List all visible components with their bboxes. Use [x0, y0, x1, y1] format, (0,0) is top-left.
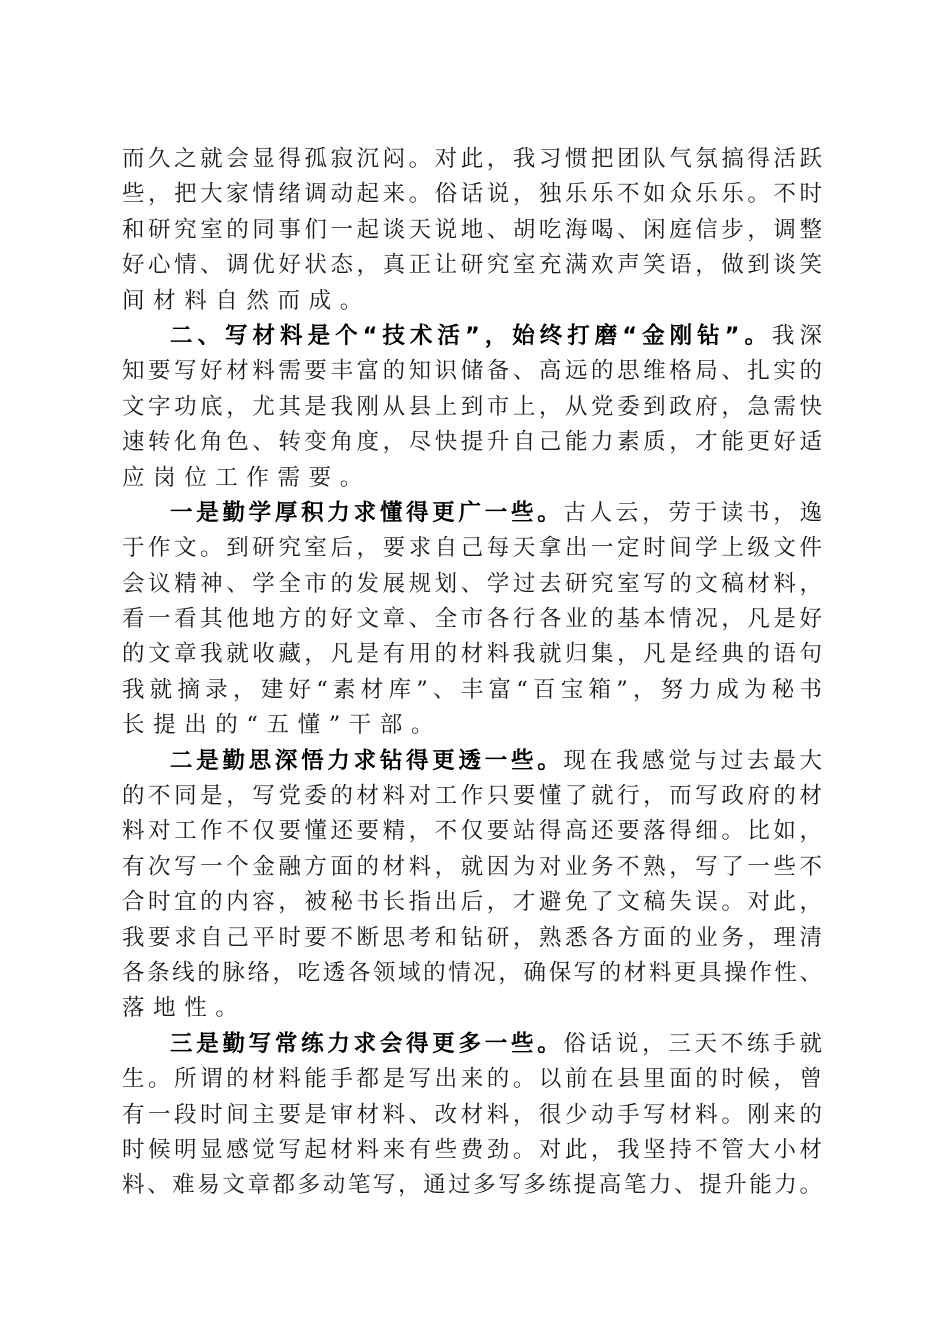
- text-line: 我就摘录，建好“素材库”、丰富“百宝箱”，努力成为秘书: [122, 673, 822, 708]
- line-text: 料对工作不仅要懂还要精，不仅要站得高还要落得细。比如，: [122, 818, 826, 844]
- text-line: 合时宜的内容，被秘书长指出后，才避免了文稿失误。对此，: [122, 885, 822, 920]
- text-line: 时候明显感觉写起材料来有些费劲。对此，我坚持不管大小材: [122, 1133, 822, 1168]
- line-text: 我深: [772, 323, 827, 349]
- text-line: 落地性。: [122, 991, 822, 1026]
- point-heading: 三是勤写常练力求会得更多一些。: [170, 1031, 563, 1057]
- line-text: 长提出的“五懂”干部。: [122, 712, 442, 738]
- paragraph-point-1: 一是勤学厚积力求懂得更广一些。古人云，劳于读书，逸 于作文。到研究室后，要求自己…: [122, 496, 822, 744]
- text-line: 有一段时间主要是审材料、改材料，很少动手写材料。刚来的: [122, 1098, 822, 1133]
- line-text: 现在我感觉与过去最大: [563, 748, 825, 774]
- document-page: 而久之就会显得孤寂沉闷。对此，我习惯把团队气氛搞得活跃 些，把大家情绪调动起来。…: [122, 142, 822, 1204]
- section-heading: 二、写材料是个“技术活”，始终打磨“金刚钻”。: [170, 323, 772, 349]
- line-text: 些，把大家情绪调动起来。俗话说，独乐乐不如众乐乐。不时: [122, 181, 826, 207]
- paragraph-section-2: 二、写材料是个“技术活”，始终打磨“金刚钻”。我深 知要写好材料需要丰富的知识储…: [122, 319, 822, 496]
- text-line: 各条线的脉络，吃透各领域的情况，确保写的材料更具操作性、: [122, 956, 822, 991]
- line-text: 知要写好材料需要丰富的知识储备、高远的思维格局、扎实的: [122, 358, 826, 384]
- line-text: 好心情、调优好状态，真正让研究室充满欢声笑语，做到谈笑: [122, 252, 826, 278]
- line-text: 于作文。到研究室后，要求自己每天拿出一定时间学上级文件: [122, 535, 826, 561]
- text-line: 知要写好材料需要丰富的知识储备、高远的思维格局、扎实的: [122, 354, 822, 389]
- line-text: 而久之就会显得孤寂沉闷。对此，我习惯把团队气氛搞得活跃: [122, 146, 826, 172]
- text-line: 些，把大家情绪调动起来。俗话说，独乐乐不如众乐乐。不时: [122, 177, 822, 212]
- text-line: 好心情、调优好状态，真正让研究室充满欢声笑语，做到谈笑: [122, 248, 822, 283]
- line-text: 应岗位工作需要。: [122, 465, 371, 491]
- text-line: 长提出的“五懂”干部。: [122, 708, 822, 743]
- point-heading: 二是勤思深悟力求钻得更透一些。: [170, 748, 563, 774]
- text-line: 的文章我就收藏，凡是有用的材料我就归集，凡是经典的语句: [122, 637, 822, 672]
- line-text: 间材料自然而成。: [122, 288, 371, 314]
- line-text: 各条线的脉络，吃透各领域的情况，确保写的材料更具操作性、: [122, 960, 825, 986]
- line-text: 有次写一个金融方面的材料，就因为对业务不熟，写了一些不: [122, 854, 826, 880]
- text-line: 的不同是，写党委的材料对工作只要懂了就行，而写政府的材: [122, 779, 822, 814]
- heading-line: 二是勤思深悟力求钻得更透一些。现在我感觉与过去最大: [122, 744, 822, 779]
- line-text: 我就摘录，建好“素材库”、丰富“百宝箱”，努力成为秘书: [122, 677, 827, 703]
- heading-line: 二、写材料是个“技术活”，始终打磨“金刚钻”。我深: [122, 319, 822, 354]
- line-text: 落地性。: [122, 995, 246, 1021]
- line-text: 时候明显感觉写起材料来有些费劲。对此，我坚持不管大小材: [122, 1137, 826, 1163]
- heading-line: 一是勤学厚积力求懂得更广一些。古人云，劳于读书，逸: [122, 496, 822, 531]
- line-text: 会议精神、学全市的发展规划、学过去研究室写的文稿材料，: [122, 571, 826, 597]
- line-text: 我要求自己平时要不断思考和钻研，熟悉各方面的业务，理清: [122, 925, 826, 951]
- line-text: 料、难易文章都多动笔写，通过多写多练提高笔力、提升能力。: [122, 1172, 825, 1198]
- text-line: 会议精神、学全市的发展规划、学过去研究室写的文稿材料，: [122, 567, 822, 602]
- line-text: 文字功底，尤其是我刚从县上到市上，从党委到政府，急需快: [122, 394, 826, 420]
- text-line: 而久之就会显得孤寂沉闷。对此，我习惯把团队气氛搞得活跃: [122, 142, 822, 177]
- text-line: 我要求自己平时要不断思考和钻研，熟悉各方面的业务，理清: [122, 921, 822, 956]
- text-line: 看一看其他地方的好文章、全市各行各业的基本情况，凡是好: [122, 602, 822, 637]
- line-text: 的不同是，写党委的材料对工作只要懂了就行，而写政府的材: [122, 783, 826, 809]
- line-text: 生。所谓的材料能手都是写出来的。以前在县里面的时候，曾: [122, 1066, 826, 1092]
- paragraph-point-3: 三是勤写常练力求会得更多一些。俗话说，三天不练手就 生。所谓的材料能手都是写出来…: [122, 1027, 822, 1204]
- line-text: 俗话说，三天不练手就: [563, 1031, 825, 1057]
- line-text: 看一看其他地方的好文章、全市各行各业的基本情况，凡是好: [122, 606, 826, 632]
- paragraph-continuation: 而久之就会显得孤寂沉闷。对此，我习惯把团队气氛搞得活跃 些，把大家情绪调动起来。…: [122, 142, 822, 319]
- paragraph-point-2: 二是勤思深悟力求钻得更透一些。现在我感觉与过去最大 的不同是，写党委的材料对工作…: [122, 744, 822, 1027]
- text-line: 文字功底，尤其是我刚从县上到市上，从党委到政府，急需快: [122, 390, 822, 425]
- text-line: 有次写一个金融方面的材料，就因为对业务不熟，写了一些不: [122, 850, 822, 885]
- line-text: 有一段时间主要是审材料、改材料，很少动手写材料。刚来的: [122, 1102, 826, 1128]
- point-heading: 一是勤学厚积力求懂得更广一些。: [170, 500, 563, 526]
- text-line: 间材料自然而成。: [122, 284, 822, 319]
- text-line: 于作文。到研究室后，要求自己每天拿出一定时间学上级文件: [122, 531, 822, 566]
- line-text: 合时宜的内容，被秘书长指出后，才避免了文稿失误。对此，: [122, 889, 826, 915]
- line-text: 速转化角色、转变角度，尽快提升自己能力素质，才能更好适: [122, 429, 826, 455]
- line-text: 的文章我就收藏，凡是有用的材料我就归集，凡是经典的语句: [122, 641, 826, 667]
- text-line: 应岗位工作需要。: [122, 461, 822, 496]
- line-text: 和研究室的同事们一起谈天说地、胡吃海喝、闲庭信步，调整: [122, 217, 826, 243]
- heading-line: 三是勤写常练力求会得更多一些。俗话说，三天不练手就: [122, 1027, 822, 1062]
- text-line: 料对工作不仅要懂还要精，不仅要站得高还要落得细。比如，: [122, 814, 822, 849]
- text-line: 料、难易文章都多动笔写，通过多写多练提高笔力、提升能力。: [122, 1168, 822, 1203]
- text-line: 生。所谓的材料能手都是写出来的。以前在县里面的时候，曾: [122, 1062, 822, 1097]
- line-text: 古人云，劳于读书，逸: [563, 500, 825, 526]
- text-line: 和研究室的同事们一起谈天说地、胡吃海喝、闲庭信步，调整: [122, 213, 822, 248]
- text-line: 速转化角色、转变角度，尽快提升自己能力素质，才能更好适: [122, 425, 822, 460]
